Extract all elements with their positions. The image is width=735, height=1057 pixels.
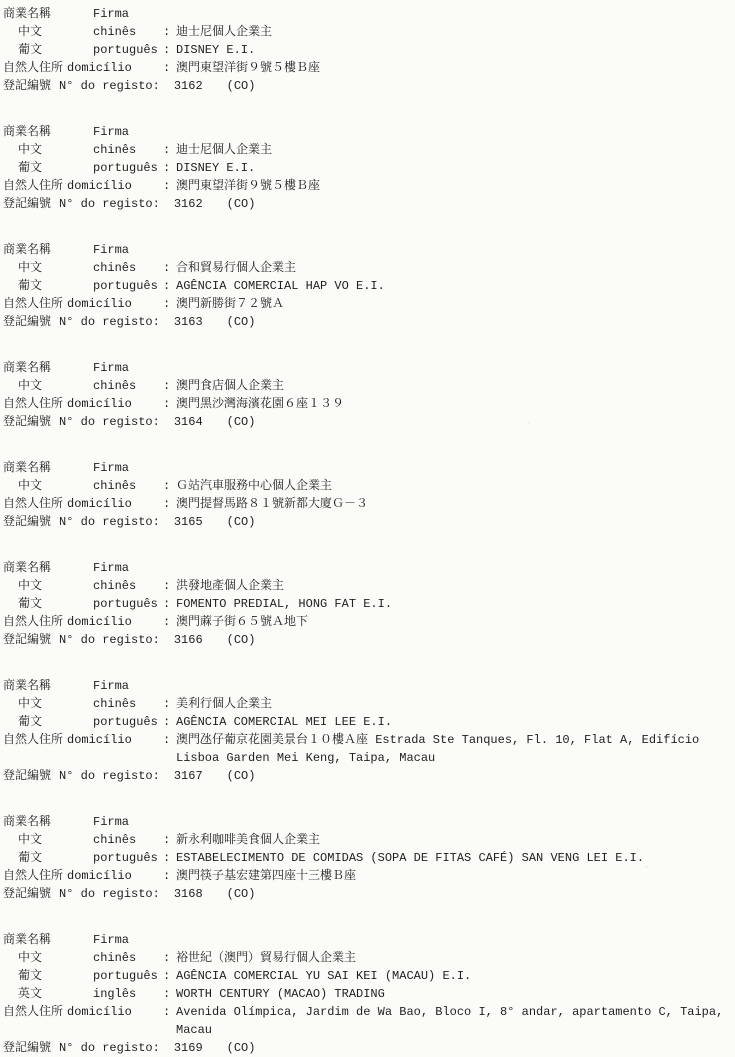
address-label-zh: 自然人住所 — [3, 867, 67, 885]
chinese-name-value: 洪發地產個人企業主 — [176, 577, 727, 595]
address-row: 自然人住所domicílio:澳門筷子基宏建第四座十三樓Ｂ座 — [3, 867, 727, 885]
colon-separator: : — [163, 867, 176, 885]
registration-suffix: (CO) — [227, 1039, 256, 1057]
registry-entry: 商業名稱Firma中文chinês:洪發地產個人企業主葡文português:F… — [3, 559, 727, 649]
firm-header-row: 商業名稱Firma — [3, 931, 727, 949]
firm-header-row: 商業名稱Firma — [3, 813, 727, 831]
portuguese-name-row: 葡文português:DISNEY E.I. — [3, 159, 727, 177]
address-label-pt: domicílio — [67, 295, 163, 313]
address-row: 自然人住所domicílio:Avenida Olímpica, Jardim … — [3, 1003, 727, 1039]
colon-separator: : — [163, 59, 176, 77]
firm-header-row: 商業名稱Firma — [3, 123, 727, 141]
portuguese-label-zh: 葡文 — [3, 713, 93, 731]
chinese-name-value: 迪士尼個人企業主 — [176, 141, 727, 159]
address-label-zh: 自然人住所 — [3, 177, 67, 195]
registry-entry: 商業名稱Firma中文chinês:新永利咖啡美食個人企業主葡文portuguê… — [3, 813, 727, 903]
firm-label-pt: Firma — [93, 459, 163, 477]
registration-row: 登記編號N° do registo:3162(CO) — [3, 195, 727, 213]
portuguese-label-zh: 葡文 — [3, 277, 93, 295]
address-line: 澳門黑沙灣海濱花園６座１３９ — [176, 395, 727, 413]
registration-label-pt: N° do registo: — [59, 1039, 160, 1057]
english-label-zh: 英文 — [3, 985, 93, 1003]
portuguese-label-pt: português — [93, 41, 163, 59]
address-label-zh: 自然人住所 — [3, 395, 67, 413]
registration-label-pt: N° do registo: — [59, 885, 160, 903]
firm-label-pt: Firma — [93, 359, 163, 377]
colon-separator: : — [163, 949, 176, 967]
chinese-label-pt: chinês — [93, 577, 163, 595]
registration-suffix: (CO) — [227, 413, 256, 431]
registration-number: 3167 — [174, 767, 203, 785]
chinese-label-zh: 中文 — [3, 831, 93, 849]
colon-separator: : — [163, 695, 176, 713]
registration-label-pt: N° do registo: — [59, 313, 160, 331]
chinese-label-zh: 中文 — [3, 259, 93, 277]
firm-label-zh: 商業名稱 — [3, 241, 93, 259]
address-line: Avenida Olímpica, Jardim de Wa Bao, Bloc… — [176, 1003, 727, 1021]
portuguese-name-value: FOMENTO PREDIAL, HONG FAT E.I. — [176, 595, 727, 613]
chinese-label-pt: chinês — [93, 377, 163, 395]
firm-label-pt: Firma — [93, 677, 163, 695]
portuguese-name-row: 葡文português:AGÊNCIA COMERCIAL YU SAI KEI… — [3, 967, 727, 985]
address-label-pt: domicílio — [67, 613, 163, 631]
colon-separator: : — [163, 613, 176, 631]
firm-header-row: 商業名稱Firma — [3, 5, 727, 23]
registration-number: 3164 — [174, 413, 203, 431]
address-value: 澳門提督馬路８１號新都大廈Ｇ－３ — [176, 495, 727, 513]
address-label-pt: domicílio — [67, 867, 163, 885]
portuguese-label-pt: português — [93, 595, 163, 613]
portuguese-label-pt: português — [93, 967, 163, 985]
colon-separator: : — [163, 595, 176, 613]
chinese-name-value: 新永利咖啡美食個人企業主 — [176, 831, 727, 849]
registration-label-zh: 登記編號 — [3, 313, 51, 331]
registry-document-page: 商業名稱Firma中文chinês:迪士尼個人企業主葡文português:DI… — [0, 0, 735, 1057]
address-row: 自然人住所domicílio:澳門新勝街７２號Ａ — [3, 295, 727, 313]
colon-separator: : — [163, 985, 176, 1003]
chinese-label-zh: 中文 — [3, 23, 93, 41]
colon-separator: : — [163, 713, 176, 731]
registration-label-zh: 登記編號 — [3, 767, 51, 785]
chinese-label-pt: chinês — [93, 831, 163, 849]
address-value: 澳門東望洋街９號５樓Ｂ座 — [176, 59, 727, 77]
registration-label-zh: 登記編號 — [3, 195, 51, 213]
portuguese-name-value: DISNEY E.I. — [176, 41, 727, 59]
address-line: 澳門蔴子街６５號Ａ地下 — [176, 613, 727, 631]
portuguese-name-value: AGÊNCIA COMERCIAL HAP VO E.I. — [176, 277, 727, 295]
address-line: Macau — [176, 1021, 727, 1039]
chinese-label-zh: 中文 — [3, 695, 93, 713]
address-value: Avenida Olímpica, Jardim de Wa Bao, Bloc… — [176, 1003, 727, 1039]
address-row: 自然人住所domicílio:澳門東望洋街９號５樓Ｂ座 — [3, 177, 727, 195]
registration-suffix: (CO) — [227, 313, 256, 331]
registration-label-zh: 登記編號 — [3, 631, 51, 649]
colon-separator: : — [163, 377, 176, 395]
registry-entry: 商業名稱Firma中文chinês:迪士尼個人企業主葡文português:DI… — [3, 123, 727, 213]
chinese-label-pt: chinês — [93, 23, 163, 41]
portuguese-name-row: 葡文português:DISNEY E.I. — [3, 41, 727, 59]
address-label-zh: 自然人住所 — [3, 59, 67, 77]
firm-label-zh: 商業名稱 — [3, 813, 93, 831]
english-label-pt: inglês — [93, 985, 163, 1003]
colon-separator: : — [163, 41, 176, 59]
chinese-name-value: Ｇ站汽車服務中心個人企業主 — [176, 477, 727, 495]
portuguese-name-value: ESTABELECIMENTO DE COMIDAS (SOPA DE FITA… — [176, 849, 727, 867]
address-label-pt: domicílio — [67, 59, 163, 77]
address-label-zh: 自然人住所 — [3, 1003, 67, 1021]
chinese-name-row: 中文chinês:美利行個人企業主 — [3, 695, 727, 713]
address-value: 澳門筷子基宏建第四座十三樓Ｂ座 — [176, 867, 727, 885]
registration-row: 登記編號N° do registo:3167(CO) — [3, 767, 727, 785]
registration-label-zh: 登記編號 — [3, 513, 51, 531]
registration-row: 登記編號N° do registo:3162(CO) — [3, 77, 727, 95]
address-label-zh: 自然人住所 — [3, 731, 67, 749]
chinese-label-zh: 中文 — [3, 949, 93, 967]
portuguese-label-pt: português — [93, 159, 163, 177]
firm-label-zh: 商業名稱 — [3, 123, 93, 141]
registration-suffix: (CO) — [227, 77, 256, 95]
firm-label-zh: 商業名稱 — [3, 459, 93, 477]
address-row: 自然人住所domicílio:澳門東望洋街９號５樓Ｂ座 — [3, 59, 727, 77]
chinese-label-pt: chinês — [93, 141, 163, 159]
registration-number: 3162 — [174, 77, 203, 95]
registration-number: 3168 — [174, 885, 203, 903]
portuguese-label-zh: 葡文 — [3, 595, 93, 613]
colon-separator: : — [163, 831, 176, 849]
registration-suffix: (CO) — [227, 631, 256, 649]
address-label-zh: 自然人住所 — [3, 613, 67, 631]
registration-suffix: (CO) — [227, 767, 256, 785]
chinese-label-pt: chinês — [93, 259, 163, 277]
chinese-label-pt: chinês — [93, 477, 163, 495]
registration-label-pt: N° do registo: — [59, 513, 160, 531]
registration-suffix: (CO) — [227, 195, 256, 213]
colon-separator: : — [163, 495, 176, 513]
firm-label-pt: Firma — [93, 5, 163, 23]
address-label-pt: domicílio — [67, 395, 163, 413]
address-value: 澳門東望洋街９號５樓Ｂ座 — [176, 177, 727, 195]
colon-separator: : — [163, 477, 176, 495]
english-name-value: WORTH CENTURY (MACAO) TRADING — [176, 985, 727, 1003]
registration-number: 3163 — [174, 313, 203, 331]
registry-entry: 商業名稱Firma中文chinês:裕世紀（澳門）貿易行個人企業主葡文portu… — [3, 931, 727, 1057]
chinese-name-row: 中文chinês:合和貿易行個人企業主 — [3, 259, 727, 277]
address-value: 澳門黑沙灣海濱花園６座１３９ — [176, 395, 727, 413]
colon-separator: : — [163, 577, 176, 595]
address-line: 澳門筷子基宏建第四座十三樓Ｂ座 — [176, 867, 727, 885]
portuguese-label-pt: português — [93, 277, 163, 295]
chinese-label-pt: chinês — [93, 695, 163, 713]
registration-row: 登記編號N° do registo:3163(CO) — [3, 313, 727, 331]
colon-separator: : — [163, 277, 176, 295]
registry-entry: 商業名稱Firma中文chinês:Ｇ站汽車服務中心個人企業主自然人住所domi… — [3, 459, 727, 531]
registration-number: 3166 — [174, 631, 203, 649]
registration-number: 3162 — [174, 195, 203, 213]
english-name-row: 英文inglês:WORTH CENTURY (MACAO) TRADING — [3, 985, 727, 1003]
registration-row: 登記編號N° do registo:3169(CO) — [3, 1039, 727, 1057]
firm-header-row: 商業名稱Firma — [3, 459, 727, 477]
registration-label-zh: 登記編號 — [3, 885, 51, 903]
address-value: 澳門蔴子街６５號Ａ地下 — [176, 613, 727, 631]
chinese-label-zh: 中文 — [3, 141, 93, 159]
address-line: 澳門東望洋街９號５樓Ｂ座 — [176, 59, 727, 77]
colon-separator: : — [163, 731, 176, 749]
registry-entry: 商業名稱Firma中文chinês:美利行個人企業主葡文português:AG… — [3, 677, 727, 785]
address-label-pt: domicílio — [67, 1003, 163, 1021]
firm-label-zh: 商業名稱 — [3, 931, 93, 949]
address-label-pt: domicílio — [67, 731, 163, 749]
address-row: 自然人住所domicílio:澳門黑沙灣海濱花園６座１３９ — [3, 395, 727, 413]
firm-label-pt: Firma — [93, 813, 163, 831]
portuguese-label-zh: 葡文 — [3, 967, 93, 985]
colon-separator: : — [163, 23, 176, 41]
chinese-name-value: 澳門食店個人企業主 — [176, 377, 727, 395]
colon-separator: : — [163, 177, 176, 195]
registration-row: 登記編號N° do registo:3164(CO) — [3, 413, 727, 431]
portuguese-name-row: 葡文português:FOMENTO PREDIAL, HONG FAT E.… — [3, 595, 727, 613]
address-value: 澳門新勝街７２號Ａ — [176, 295, 727, 313]
registration-number: 3165 — [174, 513, 203, 531]
chinese-name-value: 合和貿易行個人企業主 — [176, 259, 727, 277]
firm-label-zh: 商業名稱 — [3, 559, 93, 577]
registration-label-pt: N° do registo: — [59, 631, 160, 649]
address-label-pt: domicílio — [67, 495, 163, 513]
registration-label-zh: 登記編號 — [3, 77, 51, 95]
colon-separator: : — [163, 159, 176, 177]
chinese-name-value: 美利行個人企業主 — [176, 695, 727, 713]
portuguese-name-value: AGÊNCIA COMERCIAL MEI LEE E.I. — [176, 713, 727, 731]
firm-header-row: 商業名稱Firma — [3, 677, 727, 695]
portuguese-name-row: 葡文português:AGÊNCIA COMERCIAL HAP VO E.I… — [3, 277, 727, 295]
portuguese-label-pt: português — [93, 713, 163, 731]
registration-label-pt: N° do registo: — [59, 767, 160, 785]
chinese-label-zh: 中文 — [3, 577, 93, 595]
address-line: 澳門新勝街７２號Ａ — [176, 295, 727, 313]
firm-header-row: 商業名稱Firma — [3, 359, 727, 377]
address-line: 澳門氹仔葡京花園美景台１０樓Ａ座 Estrada Ste Tanques, Fl… — [176, 731, 727, 749]
chinese-label-zh: 中文 — [3, 477, 93, 495]
registration-label-pt: N° do registo: — [59, 77, 160, 95]
portuguese-name-value: DISNEY E.I. — [176, 159, 727, 177]
registration-label-pt: N° do registo: — [59, 195, 160, 213]
chinese-name-row: 中文chinês:澳門食店個人企業主 — [3, 377, 727, 395]
address-label-zh: 自然人住所 — [3, 495, 67, 513]
firm-label-zh: 商業名稱 — [3, 5, 93, 23]
colon-separator: : — [163, 295, 176, 313]
registration-label-zh: 登記編號 — [3, 1039, 51, 1057]
chinese-name-row: 中文chinês:迪士尼個人企業主 — [3, 141, 727, 159]
address-label-pt: domicílio — [67, 177, 163, 195]
chinese-label-zh: 中文 — [3, 377, 93, 395]
chinese-name-row: 中文chinês:迪士尼個人企業主 — [3, 23, 727, 41]
address-row: 自然人住所domicílio:澳門提督馬路８１號新都大廈Ｇ－３ — [3, 495, 727, 513]
chinese-name-row: 中文chinês:裕世紀（澳門）貿易行個人企業主 — [3, 949, 727, 967]
colon-separator: : — [163, 1003, 176, 1021]
registration-label-zh: 登記編號 — [3, 413, 51, 431]
registration-row: 登記編號N° do registo:3165(CO) — [3, 513, 727, 531]
portuguese-label-zh: 葡文 — [3, 41, 93, 59]
registration-suffix: (CO) — [227, 513, 256, 531]
colon-separator: : — [163, 395, 176, 413]
address-line: 澳門東望洋街９號５樓Ｂ座 — [176, 177, 727, 195]
portuguese-name-row: 葡文português:AGÊNCIA COMERCIAL MEI LEE E.… — [3, 713, 727, 731]
portuguese-label-zh: 葡文 — [3, 849, 93, 867]
portuguese-label-zh: 葡文 — [3, 159, 93, 177]
registration-row: 登記編號N° do registo:3166(CO) — [3, 631, 727, 649]
firm-header-row: 商業名稱Firma — [3, 241, 727, 259]
chinese-name-value: 迪士尼個人企業主 — [176, 23, 727, 41]
registry-entry: 商業名稱Firma中文chinês:合和貿易行個人企業主葡文português:… — [3, 241, 727, 331]
portuguese-name-value: AGÊNCIA COMERCIAL YU SAI KEI (MACAU) E.I… — [176, 967, 727, 985]
registration-number: 3169 — [174, 1039, 203, 1057]
address-line: 澳門提督馬路８１號新都大廈Ｇ－３ — [176, 495, 727, 513]
address-row: 自然人住所domicílio:澳門蔴子街６５號Ａ地下 — [3, 613, 727, 631]
colon-separator: : — [163, 849, 176, 867]
portuguese-name-row: 葡文português:ESTABELECIMENTO DE COMIDAS (… — [3, 849, 727, 867]
firm-label-zh: 商業名稱 — [3, 677, 93, 695]
chinese-name-row: 中文chinês:Ｇ站汽車服務中心個人企業主 — [3, 477, 727, 495]
address-label-zh: 自然人住所 — [3, 295, 67, 313]
chinese-name-value: 裕世紀（澳門）貿易行個人企業主 — [176, 949, 727, 967]
firm-header-row: 商業名稱Firma — [3, 559, 727, 577]
firm-label-pt: Firma — [93, 559, 163, 577]
chinese-name-row: 中文chinês:新永利咖啡美食個人企業主 — [3, 831, 727, 849]
registry-entry: 商業名稱Firma中文chinês:澳門食店個人企業主自然人住所domicíli… — [3, 359, 727, 431]
chinese-name-row: 中文chinês:洪發地產個人企業主 — [3, 577, 727, 595]
address-value: 澳門氹仔葡京花園美景台１０樓Ａ座 Estrada Ste Tanques, Fl… — [176, 731, 727, 767]
registration-suffix: (CO) — [227, 885, 256, 903]
address-row: 自然人住所domicílio:澳門氹仔葡京花園美景台１０樓Ａ座 Estrada … — [3, 731, 727, 767]
firm-label-pt: Firma — [93, 931, 163, 949]
colon-separator: : — [163, 967, 176, 985]
colon-separator: : — [163, 259, 176, 277]
chinese-label-pt: chinês — [93, 949, 163, 967]
registration-row: 登記編號N° do registo:3168(CO) — [3, 885, 727, 903]
portuguese-label-pt: português — [93, 849, 163, 867]
registration-label-pt: N° do registo: — [59, 413, 160, 431]
address-line: Lisboa Garden Mei Keng, Taipa, Macau — [176, 749, 727, 767]
registry-entry: 商業名稱Firma中文chinês:迪士尼個人企業主葡文português:DI… — [3, 5, 727, 95]
firm-label-zh: 商業名稱 — [3, 359, 93, 377]
colon-separator: : — [163, 141, 176, 159]
firm-label-pt: Firma — [93, 241, 163, 259]
firm-label-pt: Firma — [93, 123, 163, 141]
